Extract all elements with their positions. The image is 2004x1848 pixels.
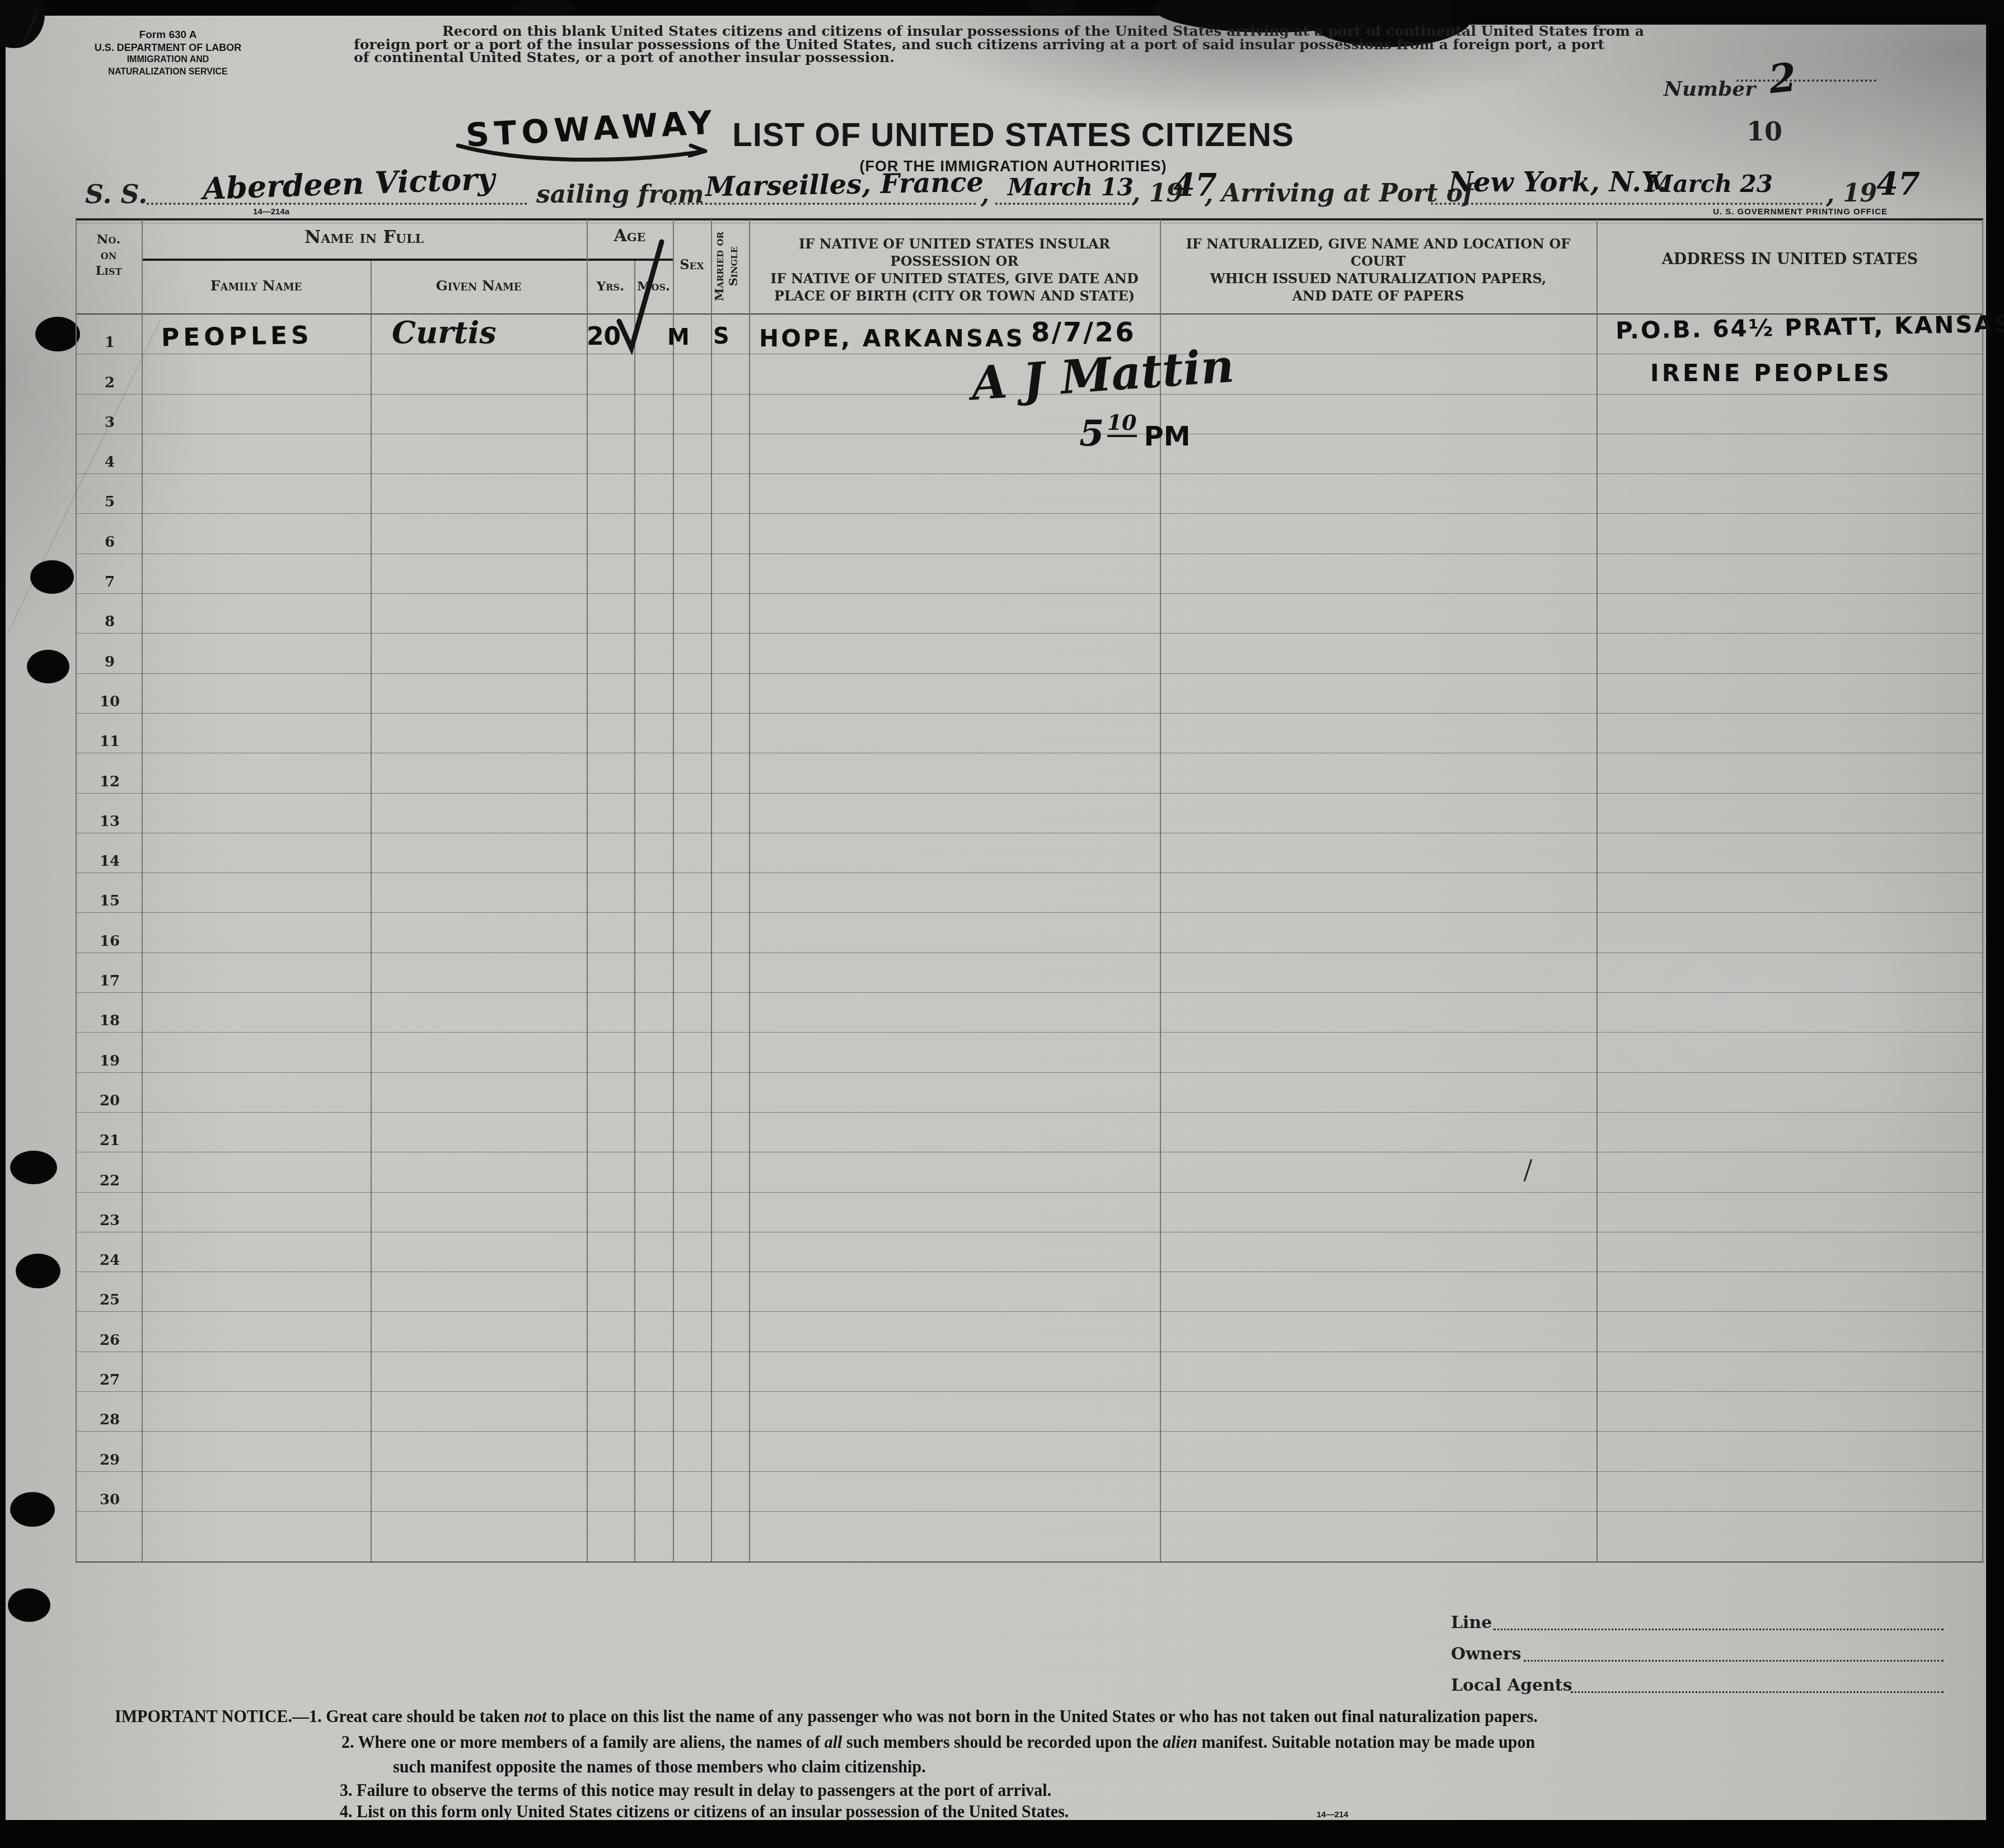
entry-sex: M — [667, 325, 690, 350]
table-row: 5 — [77, 474, 1982, 514]
punch-hole — [30, 560, 74, 594]
scan-edge-top-right — [1450, 0, 2004, 25]
punch-hole — [16, 1254, 60, 1288]
row-number: 9 — [77, 654, 143, 670]
entry-birthplace: HOPE, ARKANSAS — [759, 325, 1025, 352]
no-line: No. — [76, 232, 142, 247]
row-number: 22 — [77, 1172, 143, 1189]
manifest-rows: 1234567891011121314151617181920212223242… — [77, 315, 1982, 1512]
year-prefix-2: 19 — [1843, 179, 1877, 208]
table-row: 24 — [77, 1232, 1982, 1272]
married-line: Married or — [712, 219, 726, 314]
line-dotted — [1493, 1629, 1944, 1630]
notice-label: IMPORTANT NOTICE.—1. — [115, 1706, 322, 1726]
notice-italic: all — [825, 1732, 842, 1752]
dept-line: IMMIGRATION AND — [84, 54, 252, 66]
arrival-date: March 23 — [1647, 170, 1773, 198]
scan-smudge — [512, 0, 574, 15]
table-row: 27 — [77, 1352, 1982, 1392]
row-number: 21 — [77, 1132, 143, 1149]
notice-number: 2. — [341, 1732, 354, 1752]
notice-line-5: 4. List on this form only United States … — [340, 1801, 1069, 1822]
table-row: 8 — [77, 594, 1982, 634]
row-number: 17 — [77, 973, 143, 989]
birth-header-line: IF NATIVE OF UNITED STATES INSULAR POSSE… — [749, 235, 1160, 270]
notice-text: such members should be recorded upon the — [842, 1732, 1163, 1752]
nat-header-line: IF NATURALIZED, GIVE NAME AND LOCATION O… — [1160, 235, 1596, 270]
table-row: 21 — [77, 1113, 1982, 1152]
notice-number: 4. — [340, 1801, 353, 1821]
number-value: 2 — [1767, 54, 1799, 103]
notice-text: manifest. Suitable notation may be made … — [1197, 1732, 1535, 1752]
table-row: 11 — [77, 714, 1982, 753]
record-line: Record on this blank United States citiz… — [354, 25, 1697, 38]
row-number: 14 — [77, 853, 143, 870]
row-number: 10 — [77, 693, 143, 710]
row-number: 30 — [77, 1491, 143, 1508]
table-row: 25 — [77, 1272, 1982, 1312]
row-number: 4 — [77, 454, 143, 471]
scanned-manifest-page: Form 630 A U.S. DEPARTMENT OF LABOR IMMI… — [0, 0, 2004, 1848]
row-number: 3 — [77, 414, 143, 431]
entry-birth-date: 8/7/26 — [1031, 317, 1136, 348]
owners-dotted — [1524, 1660, 1944, 1662]
row-number: 26 — [77, 1332, 143, 1349]
form-id-block: Form 630 A U.S. DEPARTMENT OF LABOR IMMI… — [84, 29, 252, 78]
notice-text: Great care should be taken — [326, 1706, 524, 1726]
row-number: 18 — [77, 1012, 143, 1029]
row-number: 5 — [77, 494, 143, 510]
arrival-year: 47 — [1876, 166, 1920, 203]
comma: , — [1205, 180, 1213, 209]
entry-given-name: Curtis — [392, 315, 497, 350]
table-row: 23 — [77, 1193, 1982, 1232]
record-paragraph: Record on this blank United States citiz… — [354, 25, 1697, 64]
arrival-port: New York, N.Y. — [1449, 167, 1666, 198]
table-bottom-rule — [76, 1561, 1983, 1563]
table-row: 28 — [77, 1392, 1982, 1432]
ss-label: S. S. — [85, 179, 147, 209]
table-row: 10 — [77, 674, 1982, 714]
no-line: List — [76, 263, 142, 279]
birth-header-line: PLACE OF BIRTH (CITY OR TOWN AND STATE) — [749, 287, 1160, 304]
local-agents-dotted — [1571, 1691, 1944, 1693]
table-row: 15 — [77, 873, 1982, 913]
col-header-sex: Sex — [673, 256, 711, 273]
notice-line-4: 3. Failure to observe the terms of this … — [340, 1780, 1051, 1800]
table-row: 6 — [77, 514, 1982, 554]
col-header-address: ADDRESS IN UNITED STATES — [1596, 251, 1983, 268]
col-header-naturalization: IF NATURALIZED, GIVE NAME AND LOCATION O… — [1160, 235, 1596, 304]
col-header-given-name: Given Name — [371, 278, 587, 294]
row-number: 8 — [77, 613, 143, 630]
entry-address-line2: IRENE PEOPLES — [1650, 359, 1892, 387]
entry-family-name: PEOPLES — [161, 321, 313, 353]
table-row: 12 — [77, 753, 1982, 793]
record-line: of continental United States, or a port … — [354, 51, 1697, 64]
table-row: 4 — [77, 434, 1982, 474]
col-header-name-in-full: Name in Full — [142, 226, 587, 247]
departure-date: March 13 — [1008, 173, 1134, 201]
notice-line-3: such manifest opposite the names of thos… — [393, 1756, 926, 1777]
row-number: 6 — [77, 534, 143, 551]
row-number: 20 — [77, 1092, 143, 1109]
comma: , — [981, 180, 989, 209]
name-group-rule — [143, 259, 673, 261]
departure-port: Marseilles, France — [705, 167, 984, 203]
column-line — [1982, 219, 1983, 1561]
birth-header-line: IF NATIVE OF UNITED STATES, GIVE DATE AN… — [749, 270, 1160, 287]
age-checkmark — [615, 237, 666, 355]
punch-hole — [27, 650, 69, 683]
scan-smudge — [1027, 0, 1078, 15]
nat-header-line: WHICH ISSUED NATURALIZATION PAPERS, — [1160, 270, 1596, 287]
page-title: LIST OF UNITED STATES CITIZENS — [720, 115, 1307, 154]
table-row: 26 — [77, 1312, 1982, 1352]
entry-marital-status: S — [713, 323, 729, 349]
row-number: 29 — [77, 1452, 143, 1469]
time-period: PM — [1144, 421, 1191, 452]
table-row: 30 — [77, 1472, 1982, 1512]
form-print-code: 14—214a — [253, 207, 289, 217]
row-number: 7 — [77, 574, 143, 590]
col-header-married-single: Married or Single — [712, 219, 748, 314]
row-number: 15 — [77, 893, 143, 909]
table-row: 14 — [77, 833, 1982, 873]
no-line: on — [76, 247, 142, 263]
row-number: 28 — [77, 1411, 143, 1428]
stowaway-underline-flourish — [455, 138, 723, 167]
row-number: 24 — [77, 1252, 143, 1269]
table-top-rule-thin — [76, 223, 1983, 223]
table-row: 7 — [77, 554, 1982, 594]
arrival-time-note: 5 10 PM — [1079, 410, 1191, 454]
table-row: 16 — [77, 913, 1982, 953]
owners-label: Owners — [1451, 1644, 1521, 1664]
notice-text: List on this form only United States cit… — [357, 1801, 1069, 1821]
dept-line: U.S. DEPARTMENT OF LABOR — [84, 41, 252, 54]
number-line — [1736, 79, 1876, 82]
col-header-birthplace: IF NATIVE OF UNITED STATES INSULAR POSSE… — [749, 235, 1160, 304]
table-row: 18 — [77, 993, 1982, 1033]
married-line: Single — [726, 219, 740, 314]
departure-date-line — [995, 203, 1130, 205]
row-number: 12 — [77, 773, 143, 790]
table-row: 20 — [77, 1073, 1982, 1113]
line-label: Line — [1451, 1613, 1492, 1633]
table-row: 13 — [77, 794, 1982, 833]
time-minutes: 10 — [1107, 410, 1137, 437]
dept-line: NATURALIZATION SERVICE — [84, 66, 252, 78]
notice-number: 3. — [340, 1780, 353, 1800]
time-hour: 5 — [1079, 412, 1104, 454]
table-row: 9 — [77, 634, 1982, 673]
row-number: 1 — [77, 334, 143, 351]
footer-print-code: 14—214 — [1317, 1810, 1349, 1819]
punch-hole — [35, 317, 80, 351]
local-agents-label: Local Agents — [1451, 1676, 1572, 1695]
row-number: 13 — [77, 813, 143, 830]
punch-hole — [10, 1492, 55, 1527]
notice-line-1: IMPORTANT NOTICE.—1. Great care should b… — [115, 1706, 1538, 1727]
table-row: 29 — [77, 1432, 1982, 1471]
gpo-imprint: U. S. GOVERNMENT PRINTING OFFICE — [1713, 207, 1888, 217]
sheet-number: 10 — [1747, 116, 1782, 147]
table-row: 17 — [77, 953, 1982, 993]
col-header-family-name: Family Name — [142, 278, 371, 294]
table-row: 19 — [77, 1033, 1982, 1072]
nat-header-line: AND DATE OF PAPERS — [1160, 287, 1596, 304]
punch-hole — [10, 1151, 57, 1184]
table-top-rule — [76, 218, 1983, 221]
notice-line-2: 2. Where one or more members of a family… — [341, 1732, 1535, 1752]
departure-port-line — [669, 203, 976, 205]
row-number: 23 — [77, 1212, 143, 1229]
notice-text: Failure to observe the terms of this not… — [357, 1780, 1051, 1800]
row-number: 16 — [77, 933, 143, 950]
form-id: Form 630 A — [84, 29, 252, 41]
arrival-port-line — [1431, 203, 1823, 205]
table-row: 22 — [77, 1152, 1982, 1192]
comma: , — [1826, 180, 1834, 209]
notice-italic: not — [524, 1706, 546, 1726]
row-number: 27 — [77, 1372, 143, 1389]
row-number: 2 — [77, 374, 143, 391]
col-header-no: No. on List — [76, 232, 142, 279]
notice-italic: alien — [1163, 1732, 1197, 1752]
punch-hole — [8, 1588, 50, 1622]
row-number: 25 — [77, 1292, 143, 1308]
notice-text: to place on this list the name of any pa… — [546, 1706, 1537, 1726]
row-number: 19 — [77, 1053, 143, 1070]
row-number: 11 — [77, 733, 143, 750]
notice-text: Where one or more members of a family ar… — [358, 1732, 825, 1752]
